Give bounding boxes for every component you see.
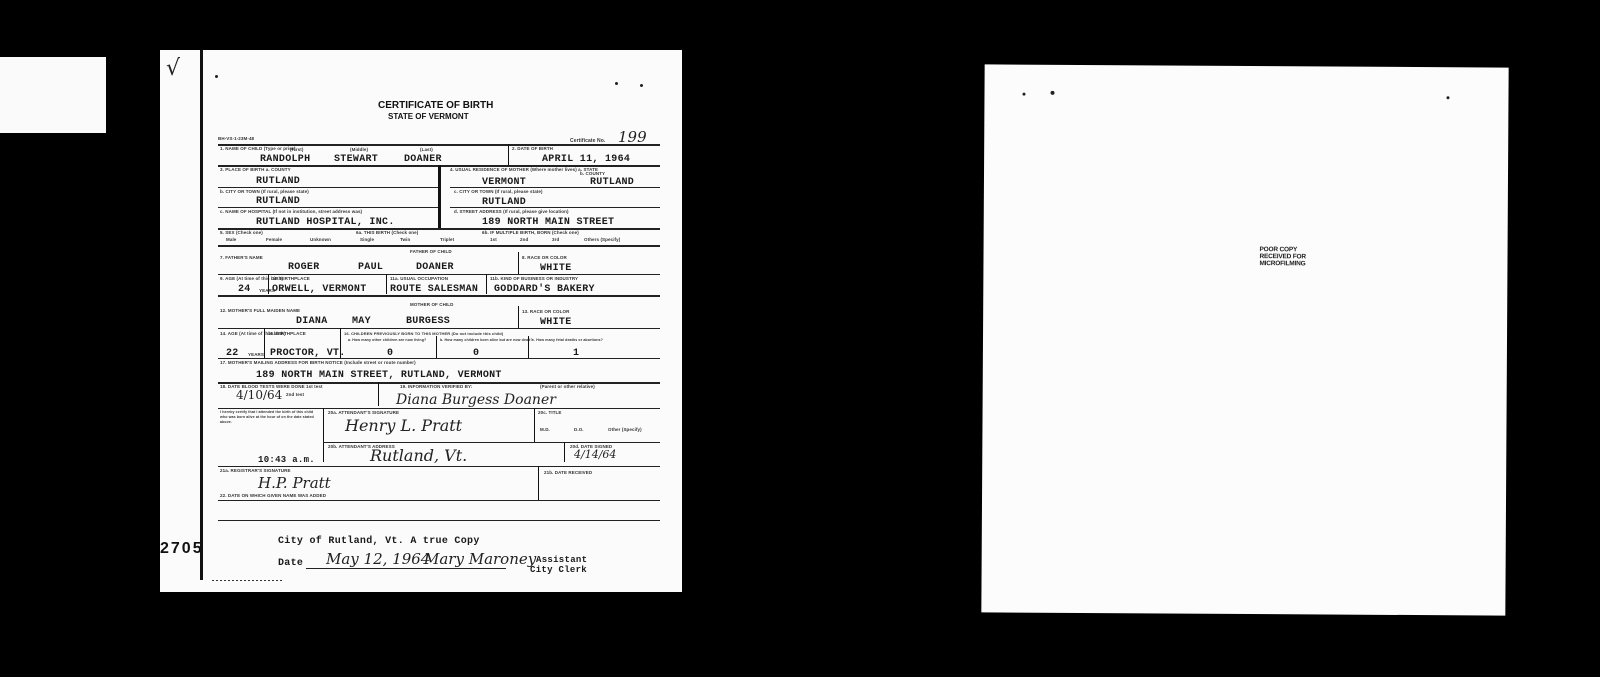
speck (1022, 93, 1025, 96)
divider (378, 382, 379, 406)
divider (386, 274, 387, 294)
form-code: BH-VS-1-23M-48 (218, 136, 254, 141)
attestation-line: City of Rutland, Vt. A true Copy (278, 536, 480, 547)
child-name-label: 1. NAME OF CHILD (Type or print) (220, 146, 295, 151)
divider (508, 144, 509, 166)
given-name-date-label: 22. DATE ON WHICH GIVEN NAME WAS ADDED (220, 493, 326, 498)
informant-signature: Diana Burgess Doaner (396, 392, 556, 408)
margin-checkmark: √ (166, 56, 180, 81)
multiple-option: 3rd (552, 237, 559, 242)
mailing-address: 189 NORTH MAIN STREET, RUTLAND, VERMONT (256, 370, 502, 381)
certificate-title: CERTIFICATE OF BIRTH (378, 100, 493, 111)
registrar-signature: H.P. Pratt (258, 474, 331, 492)
second-test-label: 2nd test (286, 392, 304, 397)
this-birth-label: 6a. THIS BIRTH (Check one) (356, 230, 418, 235)
divider (218, 408, 660, 409)
mother-middle-name: MAY (352, 316, 371, 327)
hospital-name: RUTLAND HOSPITAL, INC. (256, 217, 395, 228)
divider (218, 500, 660, 501)
informant-label: 19. INFORMATION VERIFIED BY: (400, 384, 472, 389)
clerk-title-line2: City Clerk (530, 565, 587, 575)
adjacent-page-fragment (0, 57, 106, 133)
divider (340, 328, 341, 358)
mother-birthplace-label: 15. BIRTHPLACE (268, 331, 306, 336)
title-option-other: Other (Specify) (608, 427, 642, 432)
divider (436, 336, 437, 358)
fetal-label: c. How many fetal deaths or abortions? (532, 338, 603, 342)
mother-race: WHITE (540, 317, 572, 328)
father-first-name: ROGER (288, 262, 320, 273)
registrar-signature-label: 21a. REGISTRAR'S SIGNATURE (220, 468, 291, 473)
binding-edge-line (200, 50, 203, 580)
middle-label: (Middle) (350, 147, 368, 152)
residence-street-label: d. STREET ADDRESS (If rural, please give… (454, 209, 569, 214)
mother-race-label: 13. RACE OR COLOR (522, 309, 569, 314)
divider (268, 274, 269, 294)
microfilm-notice-page: POOR COPY RECEIVED FOR MICROFILMING (981, 64, 1508, 615)
sex-option-female: Female (266, 237, 282, 242)
attestation-date-label: Date (278, 558, 303, 569)
divider (264, 328, 265, 358)
divider (218, 466, 660, 467)
birth-date: APRIL 11, 1964 (542, 154, 630, 165)
birth-county: RUTLAND (256, 176, 300, 187)
mother-name-label: 12. MOTHER'S FULL MAIDEN NAME (220, 308, 300, 313)
divider (323, 408, 324, 462)
mother-first-name: DIANA (296, 316, 328, 327)
attendant-certification: I hereby certify that I attended the bir… (220, 410, 320, 425)
divider (218, 207, 438, 208)
clerk-title-line1: Assistant (536, 555, 587, 565)
divider (218, 295, 660, 297)
divider (518, 306, 519, 328)
divider (450, 187, 660, 188)
father-race-label: 8. RACE OR COLOR (522, 255, 567, 260)
birth-certificate-page: √ CERTIFICATE OF BIRTH STATE OF VERMONT … (160, 50, 682, 592)
divider (438, 165, 441, 228)
title-option-do: D.O. (574, 427, 584, 432)
residence-county-label: b. COUNTY (580, 171, 605, 176)
father-race: WHITE (540, 263, 572, 274)
poor-copy-stamp: POOR COPY RECEIVED FOR MICROFILMING (1259, 246, 1305, 267)
multiple-option: Others (Specify) (584, 237, 620, 242)
dead-label: b. How many children born alive but are … (440, 338, 533, 342)
divider (486, 274, 487, 294)
speck (615, 82, 618, 85)
residence-label: 4. USUAL RESIDENCE OF MOTHER (Where moth… (450, 167, 598, 172)
residence-city-label: c. CITY OR TOWN (If rural, please state) (454, 189, 543, 194)
mailing-address-label: 17. MOTHER'S MAILING ADDRESS FOR BIRTH N… (220, 360, 416, 365)
divider (450, 207, 660, 208)
birth-option-twin: Twin (400, 237, 410, 242)
parent-label: (Parent or other relative) (540, 384, 595, 389)
certificate-subtitle: STATE OF VERMONT (388, 112, 469, 121)
father-name-label: 7. FATHER'S NAME (220, 255, 263, 260)
speck (1446, 96, 1449, 99)
father-section-heading: FATHER OF CHILD (410, 249, 452, 254)
business-label: 11b. KIND OF BUSINESS OR INDUSTRY (490, 276, 578, 281)
attendant-address: Rutland, Vt. (370, 446, 467, 465)
divider (218, 228, 660, 230)
divider (538, 466, 539, 500)
speck (1050, 91, 1054, 95)
attendant-signature: Henry L. Pratt (345, 416, 462, 435)
blood-test-date: 4/10/64 (236, 388, 282, 402)
title-option-md: M.D. (540, 427, 550, 432)
living-label: a. How many other children are now livin… (348, 338, 426, 342)
divider (218, 358, 660, 359)
residence-street: 189 NORTH MAIN STREET (482, 217, 614, 228)
place-of-birth-label: 3. PLACE OF BIRTH a. COUNTY (220, 167, 291, 172)
speck (640, 84, 643, 87)
roll-number: 2705 (160, 540, 204, 558)
mother-last-name: BURGESS (406, 316, 450, 327)
father-birthplace: ORWELL, VERMONT (272, 284, 367, 295)
date-received-label: 21b. DATE RECEIVED (544, 470, 592, 475)
mother-section-heading: MOTHER OF CHILD (410, 302, 454, 307)
divider (528, 336, 529, 358)
multiple-birth-label: 6b. IF MULTIPLE BIRTH, BORN (Check one) (482, 230, 579, 235)
stamp-line: MICROFILMING (1259, 260, 1305, 267)
attendant-signature-label: 20a. ATTENDANT'S SIGNATURE (328, 410, 399, 415)
dotted-line (212, 580, 282, 581)
divider (218, 328, 660, 329)
father-business: GODDARD'S BAKERY (494, 284, 595, 295)
sex-label: 5. SEX (Check one) (220, 230, 263, 235)
last-label: (Last) (420, 147, 433, 152)
years-label: YEARS (248, 352, 264, 357)
speck (215, 75, 218, 78)
hospital-label: c. NAME OF HOSPITAL (If not in instituti… (220, 209, 362, 214)
birth-option-single: Single (360, 237, 374, 242)
divider (218, 245, 660, 247)
child-last-name: DOANER (404, 154, 442, 165)
date-signed: 4/14/64 (574, 448, 616, 461)
divider (518, 252, 519, 274)
divider (218, 274, 660, 275)
father-occupation: ROUTE SALESMAN (390, 284, 478, 295)
birth-city-label: b. CITY OR TOWN (If rural, please state) (220, 189, 309, 194)
clerk-signature: Mary Maroney (424, 550, 536, 568)
first-label: (First) (290, 147, 303, 152)
occupation-label: 11a. USUAL OCCUPATION (390, 276, 448, 281)
divider (564, 442, 565, 462)
child-middle-name: STEWART (334, 154, 378, 165)
birth-city: RUTLAND (256, 196, 300, 207)
time-of-birth: 10:43 a.m. (258, 455, 315, 465)
multiple-option: 2nd (520, 237, 528, 242)
attendant-title-label: 20c. TITLE (538, 410, 562, 415)
father-birthplace-label: 10. BIRTHPLACE (272, 276, 310, 281)
birth-option-triplet: Triplet (440, 237, 454, 242)
divider (323, 442, 660, 443)
divider (534, 408, 535, 442)
sex-option-unknown: Unknown (310, 237, 331, 242)
multiple-option: 1st (490, 237, 497, 242)
children-born-label: 16. CHILDREN PREVIOUSLY BORN TO THIS MOT… (344, 331, 503, 336)
father-age: 24 (238, 284, 251, 295)
father-last-name: DOANER (416, 262, 454, 273)
signature-line (306, 568, 506, 569)
child-first-name: RANDOLPH (260, 154, 310, 165)
father-middle-name: PAUL (358, 262, 383, 273)
divider (218, 187, 438, 188)
divider (218, 520, 660, 521)
sex-option-male: Male (226, 237, 236, 242)
birth-date-label: 2. DATE OF BIRTH (512, 146, 553, 151)
attestation-date: May 12, 1964 (326, 550, 430, 568)
